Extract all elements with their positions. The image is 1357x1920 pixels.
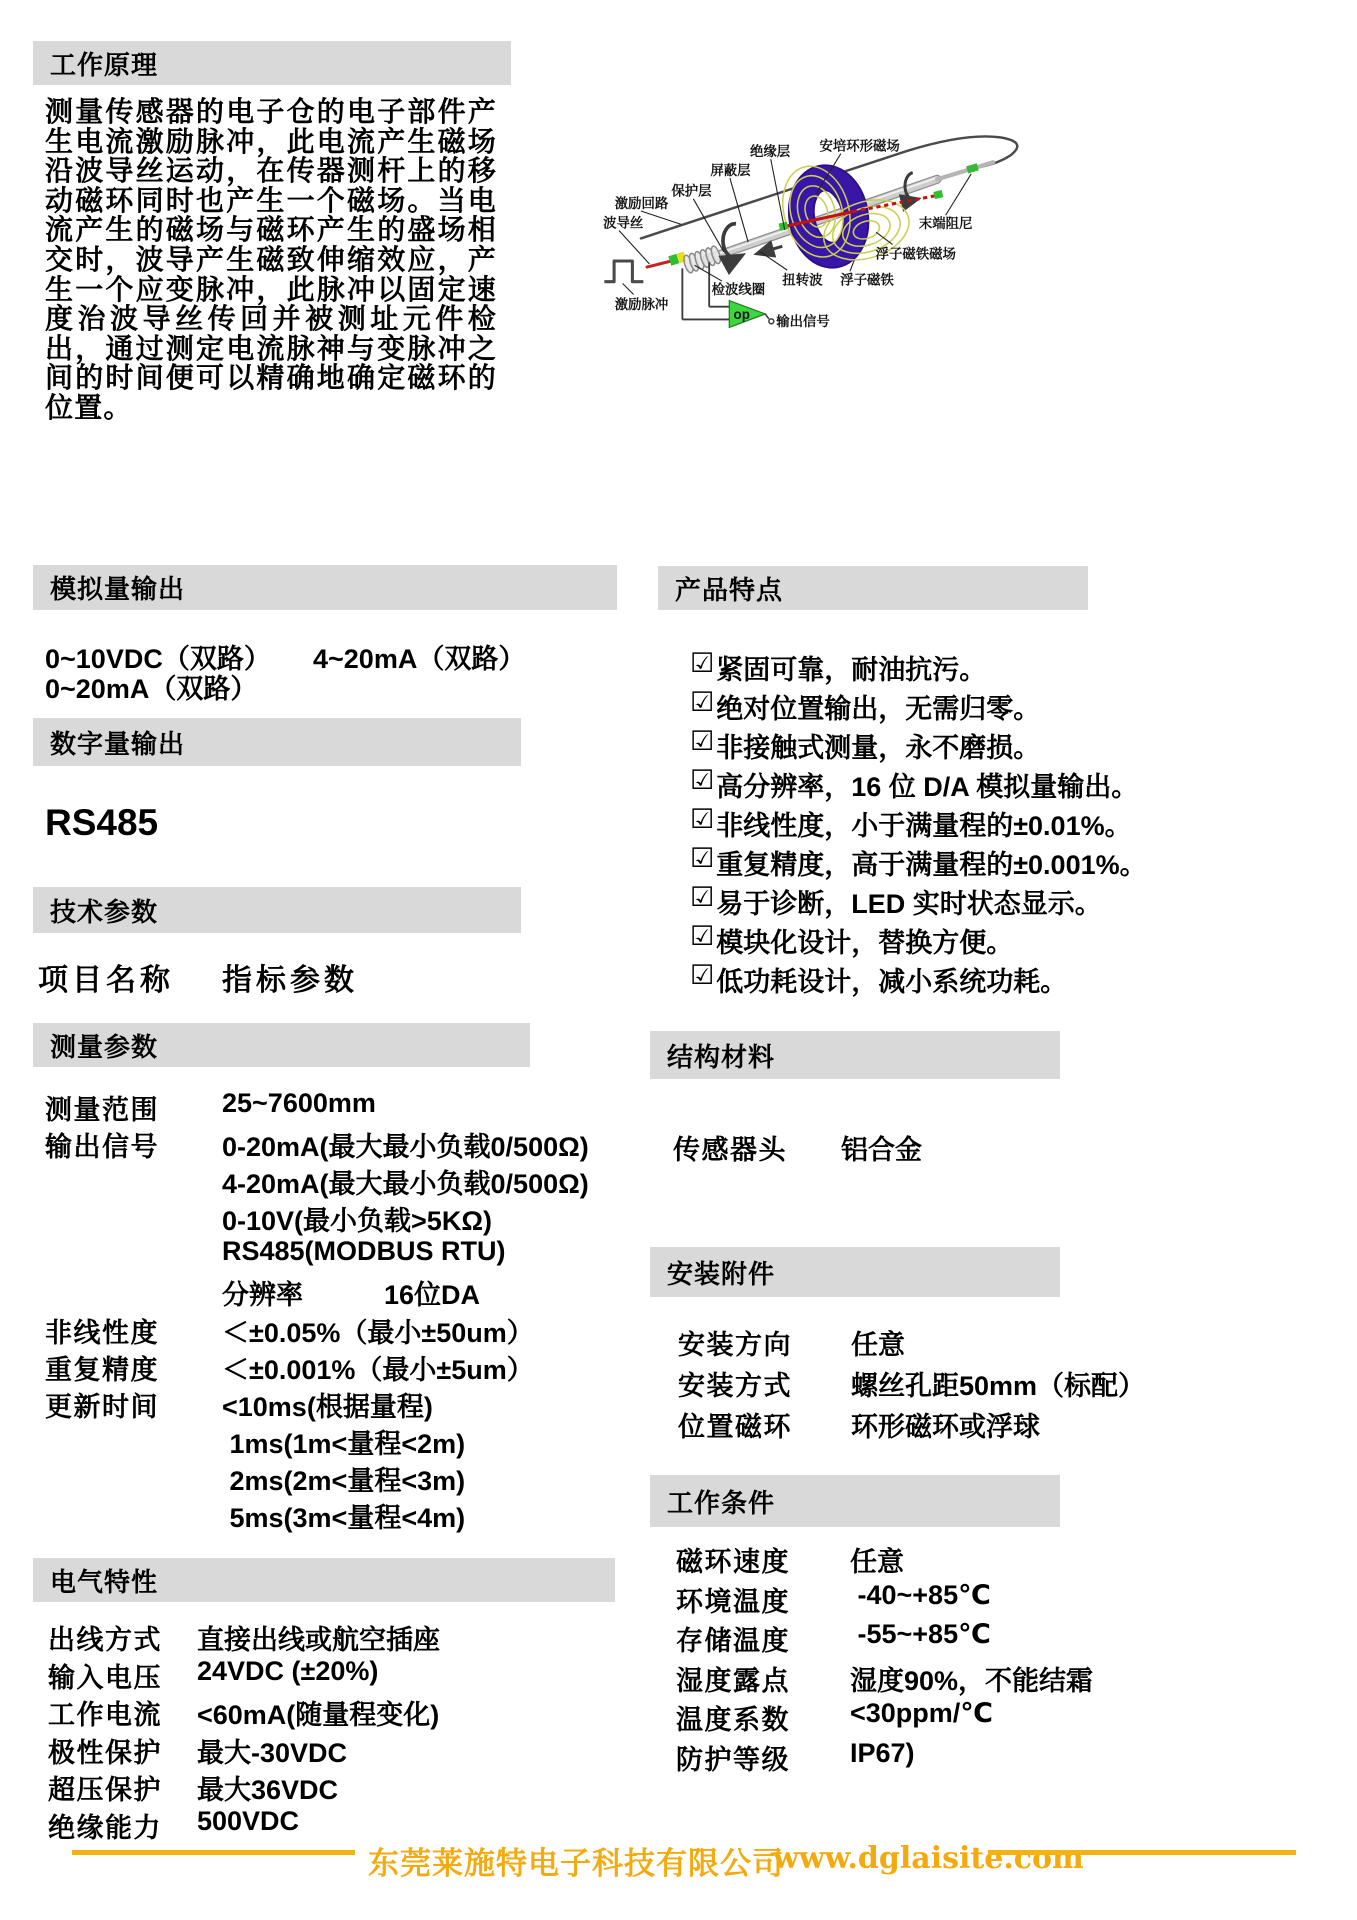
param-value: 2ms(2m<量程<3m): [222, 1459, 465, 1498]
section-title: 技术参数: [50, 892, 158, 929]
diagram-label-excitation-loop: 激励回路: [615, 195, 669, 211]
param-value: 1ms(1m<量程<2m): [222, 1422, 465, 1461]
diagram-label-end-damping: 末端阻尼: [919, 215, 973, 231]
param-value: ＜±0.05%（最小±50um）: [222, 1311, 534, 1350]
feature-text: 易于诊断，LED 实时状态显示。: [716, 882, 1102, 921]
footer-company-name: 东莞莱施特电子科技有限公司: [368, 1838, 784, 1883]
param-value: <60mA(随量程变化): [197, 1693, 439, 1732]
table-row: 1ms(1m<量程<2m): [45, 1422, 589, 1459]
section-header-working-principle: 工作原理: [33, 41, 511, 85]
param-label: 测量范围: [45, 1088, 222, 1127]
table-row: 输出信号 0-20mA(最大最小负载0/500Ω): [45, 1125, 589, 1162]
structure-table: 传感器头 铝合金: [673, 1128, 922, 1165]
param-label: 极性保护: [48, 1731, 197, 1770]
param-label: 环境温度: [676, 1580, 850, 1619]
param-value: 任意: [851, 1323, 905, 1362]
list-item: ☑ 非线性度，小于满量程的±0.01%。: [690, 804, 1147, 843]
checkbox-checked-icon: ☑: [690, 687, 714, 718]
table-row: 输入电压 24VDC (±20%): [48, 1656, 440, 1694]
param-value: 25~7600mm: [222, 1088, 376, 1119]
table-row: 湿度露点 湿度90%，不能结霜: [676, 1659, 1093, 1699]
checkbox-checked-icon: ☑: [690, 726, 714, 757]
param-value: 环形磁环或浮球: [851, 1405, 1040, 1444]
section-header-electrical: 电气特性: [33, 1558, 615, 1602]
param-value: 最大-30VDC: [197, 1731, 347, 1770]
section-header-tech-params: 技术参数: [33, 887, 521, 933]
param-value: ＜±0.001%（最小±5um）: [222, 1348, 534, 1387]
param-value: 24VDC (±20%): [197, 1656, 378, 1687]
param-label: 输出信号: [45, 1125, 222, 1164]
tech-col-item-name: 项目名称: [38, 955, 174, 999]
table-row: 磁环速度 任意: [676, 1540, 1093, 1580]
param-label: 温度系数: [676, 1698, 850, 1737]
table-row: 重复精度 ＜±0.001%（最小±5um）: [45, 1348, 589, 1385]
diagram-label-ampere-field: 安培环形磁场: [819, 138, 900, 154]
section-header-conditions: 工作条件: [650, 1475, 1060, 1527]
param-label: 安装方式: [678, 1364, 851, 1403]
axis-tip-right: [933, 190, 943, 199]
output-terminal-dot: [769, 319, 774, 324]
table-row: 分辨率 16位DA: [45, 1273, 589, 1310]
features-list: ☑ 紧固可靠，耐油抗污。 ☑ 绝对位置输出，无需归零。 ☑ 非接触式测量，永不磨…: [690, 648, 1147, 999]
op-amp-label: op: [734, 307, 750, 322]
table-row: 极性保护 最大-30VDC: [48, 1731, 440, 1769]
feature-text: 高分辨率，16 位 D/A 模拟量输出。: [716, 765, 1138, 804]
waveguide-wire: [647, 261, 671, 267]
end-damping-connector: [966, 163, 979, 173]
param-label: 非线性度: [45, 1311, 222, 1350]
end-shaft: [937, 162, 993, 179]
param-label: 位置磁环: [678, 1405, 851, 1444]
feature-text: 绝对位置输出，无需归零。: [716, 687, 1040, 726]
section-title: 数字量输出: [50, 724, 185, 761]
diagram-label-waveguide: 波导丝: [603, 214, 644, 230]
param-value: 螺丝孔距50mm（标配）: [851, 1364, 1145, 1403]
diagram-label-protective: 保护层: [671, 183, 712, 199]
param-label: 超压保护: [48, 1768, 197, 1807]
output-lead: [765, 314, 769, 319]
table-row: 非线性度 ＜±0.05%（最小±50um）: [45, 1311, 589, 1348]
wave-direction-arrow: [759, 246, 782, 253]
section-title: 测量参数: [50, 1027, 158, 1064]
conditions-table: 磁环速度 任意 环境温度 -40~+85℃ 存储温度 -55~+85℃ 湿度露点…: [676, 1540, 1093, 1777]
diagram-label-torsion-wave: 扭转波: [782, 272, 823, 288]
table-row: 超压保护 最大36VDC: [48, 1768, 440, 1806]
feature-text: 非接触式测量，永不磨损。: [716, 726, 1040, 765]
analog-output-value-3: 0~20mA（双路）: [45, 667, 257, 706]
feature-text: 重复精度，高于满量程的±0.001%。: [716, 843, 1146, 882]
param-label: 工作电流: [48, 1693, 197, 1732]
checkbox-checked-icon: ☑: [690, 882, 714, 913]
diagram-label-float-magnet-field: 浮子磁铁磁场: [876, 246, 957, 262]
pulse-waveform: [604, 261, 643, 282]
diagram-label-insulation: 绝缘层: [750, 143, 791, 159]
param-value: 5ms(3m<量程<4m): [222, 1496, 465, 1535]
section-header-structure: 结构材料: [650, 1031, 1060, 1079]
table-row: 温度系数 <30ppm/℃: [676, 1698, 1093, 1738]
param-label: 出线方式: [48, 1618, 197, 1657]
table-row: 0-10V(最小负载>5KΩ): [45, 1199, 589, 1236]
param-label: 磁环速度: [676, 1540, 850, 1579]
param-value: 最大36VDC: [197, 1768, 338, 1807]
list-item: ☑ 高分辨率，16 位 D/A 模拟量输出。: [690, 765, 1147, 804]
feature-text: 低功耗设计，减小系统功耗。: [716, 960, 1067, 999]
param-value: 4-20mA(最大最小负载0/500Ω): [222, 1162, 589, 1201]
section-title: 安装附件: [667, 1254, 775, 1291]
list-item: ☑ 绝对位置输出，无需归零。: [690, 687, 1147, 726]
param-value: 500VDC: [197, 1806, 299, 1837]
diagram-label-shield: 屏蔽层: [710, 162, 751, 178]
section-header-features: 产品特点: [658, 566, 1088, 610]
mounting-table: 安装方向 任意 安装方式 螺丝孔距50mm（标配） 位置磁环 环形磁环或浮球: [678, 1323, 1145, 1446]
section-title: 结构材料: [667, 1037, 775, 1074]
feature-text: 模块化设计，替换方便。: [716, 921, 1013, 960]
sensor-principle-diagram: op 绝缘层 安培环形磁场 屏蔽层 保护层 激励回路 波导丝 末端阻尼 浮子磁铁…: [530, 70, 1357, 430]
analog-output-value-2: 4~20mA（双路）: [313, 637, 525, 676]
table-row: 工作电流 <60mA(随量程变化): [48, 1693, 440, 1731]
param-value: RS485(MODBUS RTU): [222, 1236, 506, 1267]
param-label: 绝缘能力: [48, 1806, 197, 1845]
param-value: 0-10V(最小负载>5KΩ): [222, 1199, 492, 1238]
feature-text: 非线性度，小于满量程的±0.01%。: [716, 804, 1131, 843]
param-value: 湿度90%，不能结霜: [850, 1659, 1093, 1698]
param-label: 防护等级: [676, 1738, 850, 1777]
param-value: <10ms(根据量程): [222, 1385, 433, 1424]
table-row: 5ms(3m<量程<4m): [45, 1496, 589, 1533]
section-title: 电气特性: [50, 1562, 158, 1599]
footer-divider-right: [988, 1850, 1296, 1855]
footer-divider-left: [72, 1850, 355, 1855]
section-title: 产品特点: [675, 570, 783, 607]
list-item: ☑ 紧固可靠，耐油抗污。: [690, 648, 1147, 687]
param-value: -40~+85℃: [850, 1580, 991, 1611]
param-label: 湿度露点: [676, 1659, 850, 1698]
section-title: 工作条件: [667, 1483, 775, 1520]
list-item: ☑ 非接触式测量，永不磨损。: [690, 726, 1147, 765]
section-header-measurement: 测量参数: [33, 1023, 530, 1067]
list-item: ☑ 模块化设计，替换方便。: [690, 921, 1147, 960]
footer-website: www.dglaisite.com: [773, 1841, 1084, 1876]
param-value: 直接出线或航空插座: [197, 1618, 440, 1657]
param-value: 0-20mA(最大最小负载0/500Ω): [222, 1125, 589, 1164]
param-label: 更新时间: [45, 1385, 222, 1424]
section-title: 模拟量输出: [50, 569, 185, 606]
list-item: ☑ 低功耗设计，减小系统功耗。: [690, 960, 1147, 999]
param-value: -55~+85℃: [850, 1619, 991, 1650]
param-value: 任意: [850, 1540, 904, 1579]
param-value: <30ppm/℃: [850, 1698, 993, 1729]
diagram-label-detection-coil: 检波线圈: [712, 281, 766, 297]
param-value: IP67): [850, 1738, 915, 1769]
param-value: 铝合金: [841, 1128, 922, 1167]
section-header-mounting: 安装附件: [650, 1247, 1060, 1297]
table-row: 存储温度 -55~+85℃: [676, 1619, 1093, 1659]
list-item: ☑ 重复精度，高于满量程的±0.001%。: [690, 843, 1147, 882]
diagram-label-float-magnet: 浮子磁铁: [840, 272, 894, 288]
section-header-digital-output: 数字量输出: [33, 718, 521, 766]
diagram-label-output-signal: 输出信号: [775, 313, 830, 329]
working-principle-paragraph: 测量传感器的电子仓的电子部件产生电流激励脉冲，此电流产生磁场沿波导丝运动，在传器…: [45, 97, 497, 423]
table-row: 安装方向 任意: [678, 1323, 1145, 1364]
param-value: 分辨率 16位DA: [222, 1273, 480, 1312]
param-label: 存储温度: [676, 1619, 850, 1658]
table-row: 防护等级 IP67): [676, 1738, 1093, 1778]
checkbox-checked-icon: ☑: [690, 921, 714, 952]
checkbox-checked-icon: ☑: [690, 648, 714, 679]
table-row: 4-20mA(最大最小负载0/500Ω): [45, 1162, 589, 1199]
param-label: 重复精度: [45, 1348, 222, 1387]
table-row: 2ms(2m<量程<3m): [45, 1459, 589, 1496]
param-label: 安装方向: [678, 1323, 851, 1362]
feature-text: 紧固可靠，耐油抗污。: [716, 648, 986, 687]
checkbox-checked-icon: ☑: [690, 765, 714, 796]
table-row: 传感器头 铝合金: [673, 1128, 922, 1165]
checkbox-checked-icon: ☑: [690, 960, 714, 991]
param-label: 输入电压: [48, 1656, 197, 1695]
list-item: ☑ 易于诊断，LED 实时状态显示。: [690, 882, 1147, 921]
table-row: 环境温度 -40~+85℃: [676, 1580, 1093, 1620]
table-row: 更新时间 <10ms(根据量程): [45, 1385, 589, 1422]
datasheet-page: 工作原理 测量传感器的电子仓的电子部件产生电流激励脉冲，此电流产生磁场沿波导丝运…: [0, 0, 1357, 1920]
checkbox-checked-icon: ☑: [690, 843, 714, 874]
table-row: RS485(MODBUS RTU): [45, 1236, 589, 1273]
table-row: 位置磁环 环形磁环或浮球: [678, 1405, 1145, 1446]
table-row: 出线方式 直接出线或航空插座: [48, 1618, 440, 1656]
table-row: 测量范围 25~7600mm: [45, 1088, 589, 1125]
tech-col-spec: 指标参数: [222, 955, 358, 999]
diagram-label-excitation-pulse: 激励脉冲: [615, 296, 669, 312]
measurement-table: 测量范围 25~7600mm 输出信号 0-20mA(最大最小负载0/500Ω)…: [45, 1088, 589, 1533]
section-title: 工作原理: [50, 45, 158, 82]
checkbox-checked-icon: ☑: [690, 804, 714, 835]
section-header-analog-output: 模拟量输出: [33, 565, 617, 610]
param-label: 传感器头: [673, 1128, 841, 1167]
electrical-table: 出线方式 直接出线或航空插座 输入电压 24VDC (±20%) 工作电流 <6…: [48, 1618, 440, 1843]
table-row: 安装方式 螺丝孔距50mm（标配）: [678, 1364, 1145, 1405]
digital-output-value: RS485: [45, 802, 158, 844]
